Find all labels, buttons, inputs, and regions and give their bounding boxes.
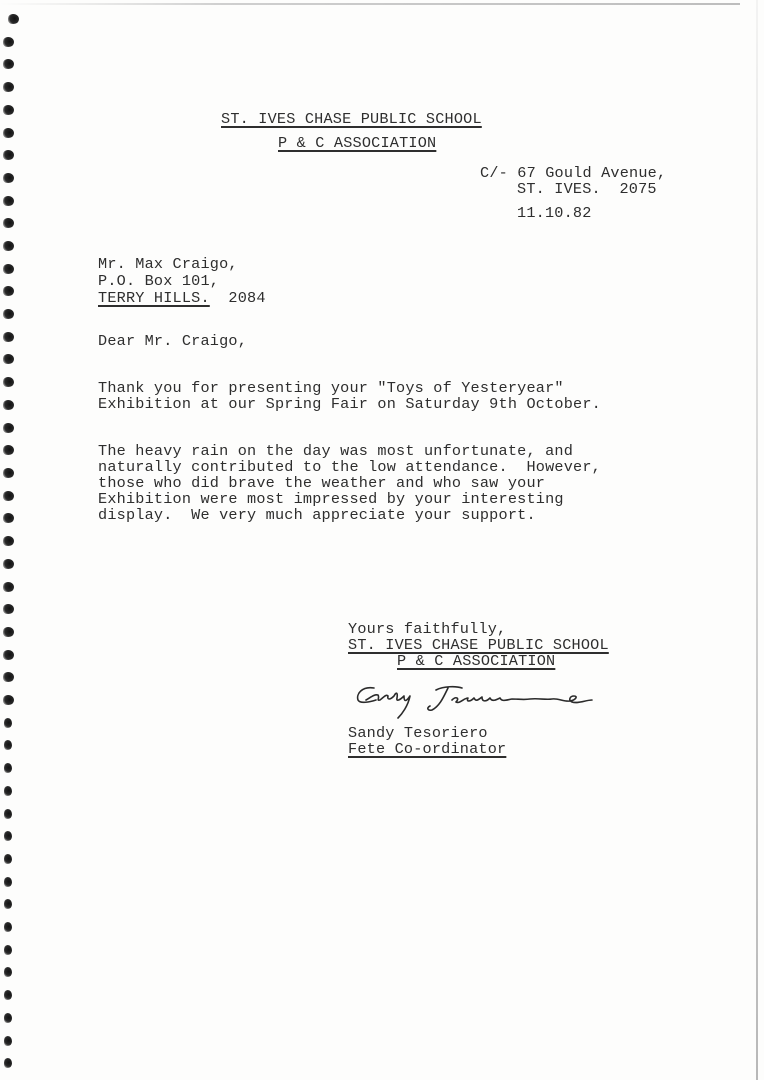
signature-icon (352, 680, 612, 720)
punched-hole-icon (3, 672, 14, 682)
punched-hole-icon (4, 1036, 12, 1046)
recipient-box: P.O. Box 101, (98, 273, 219, 289)
punched-hole-icon (3, 241, 14, 251)
punched-hole-icon (4, 922, 12, 932)
punched-hole-icon (3, 196, 14, 206)
punched-hole-icon (3, 627, 14, 637)
punched-hole-icon (3, 536, 14, 546)
body-p2-line4: Exhibition were most impressed by your i… (98, 491, 564, 507)
sender-street: C/- 67 Gould Avenue, (480, 165, 666, 181)
signer-name: Sandy Tesoriero (348, 725, 488, 741)
recipient-suburb: TERRY HILLS. (98, 289, 210, 307)
letter-date: 11.10.82 (517, 205, 592, 221)
punched-hole-icon (3, 400, 14, 410)
punched-hole-icon (4, 854, 12, 864)
punched-hole-icon (3, 354, 14, 364)
closing-association: P & C ASSOCIATION (397, 653, 555, 669)
punched-hole-icon (3, 604, 14, 614)
punched-hole-icon (3, 82, 14, 92)
punched-hole-icon (3, 650, 14, 660)
punched-hole-icon (4, 831, 12, 841)
punched-hole-icon (4, 1058, 12, 1068)
binding-holes (0, 0, 30, 1080)
punched-hole-icon (3, 309, 14, 319)
letter-page: ST. IVES CHASE PUBLIC SCHOOL P & C ASSOC… (0, 0, 764, 1080)
punched-hole-icon (4, 967, 12, 977)
recipient-postcode: 2084 (228, 289, 265, 307)
punched-hole-icon (3, 695, 14, 705)
recipient-suburb-line: TERRY HILLS. 2084 (98, 290, 266, 306)
punched-hole-icon (3, 513, 14, 523)
punched-hole-icon (4, 809, 12, 819)
body-p1-line1: Thank you for presenting your "Toys of Y… (98, 380, 564, 396)
signer-title: Fete Co-ordinator (348, 741, 506, 757)
punched-hole-icon (4, 877, 12, 887)
page-right-edge (756, 0, 758, 1080)
punched-hole-icon (4, 990, 12, 1000)
punched-hole-icon (4, 763, 12, 773)
punched-hole-icon (3, 264, 14, 274)
punched-hole-icon (3, 423, 14, 433)
punched-hole-icon (3, 128, 14, 138)
punched-hole-icon (3, 286, 14, 296)
page-top-edge (0, 3, 740, 5)
punched-hole-icon (3, 445, 14, 455)
punched-hole-icon (3, 377, 14, 387)
body-p2-line3: those who did brave the weather and who … (98, 475, 545, 491)
body-p2-line5: display. We very much appreciate your su… (98, 507, 536, 523)
recipient-name: Mr. Max Craigo, (98, 256, 238, 272)
closing-school-name: ST. IVES CHASE PUBLIC SCHOOL (348, 637, 609, 653)
letterhead-school-name: ST. IVES CHASE PUBLIC SCHOOL (221, 111, 482, 127)
punched-hole-icon (3, 59, 14, 69)
punched-hole-icon (4, 899, 12, 909)
punched-hole-icon (3, 173, 14, 183)
punched-hole-icon (8, 14, 19, 24)
punched-hole-icon (4, 1013, 12, 1023)
punched-hole-icon (3, 468, 14, 478)
punched-hole-icon (3, 491, 14, 501)
valediction: Yours faithfully, (348, 621, 506, 637)
punched-hole-icon (3, 150, 14, 160)
punched-hole-icon (3, 218, 14, 228)
punched-hole-icon (4, 786, 12, 796)
salutation: Dear Mr. Craigo, (98, 333, 247, 349)
body-p2-line2: naturally contributed to the low attenda… (98, 459, 601, 475)
punched-hole-icon (3, 559, 14, 569)
body-p1-line2: Exhibition at our Spring Fair on Saturda… (98, 396, 601, 412)
punched-hole-icon (3, 582, 14, 592)
punched-hole-icon (3, 105, 14, 115)
punched-hole-icon (4, 718, 12, 728)
punched-hole-icon (4, 740, 12, 750)
punched-hole-icon (3, 37, 14, 47)
punched-hole-icon (3, 332, 14, 342)
letterhead-association: P & C ASSOCIATION (278, 135, 436, 151)
body-p2-line1: The heavy rain on the day was most unfor… (98, 443, 573, 459)
sender-suburb: ST. IVES. 2075 (517, 181, 657, 197)
punched-hole-icon (4, 945, 12, 955)
